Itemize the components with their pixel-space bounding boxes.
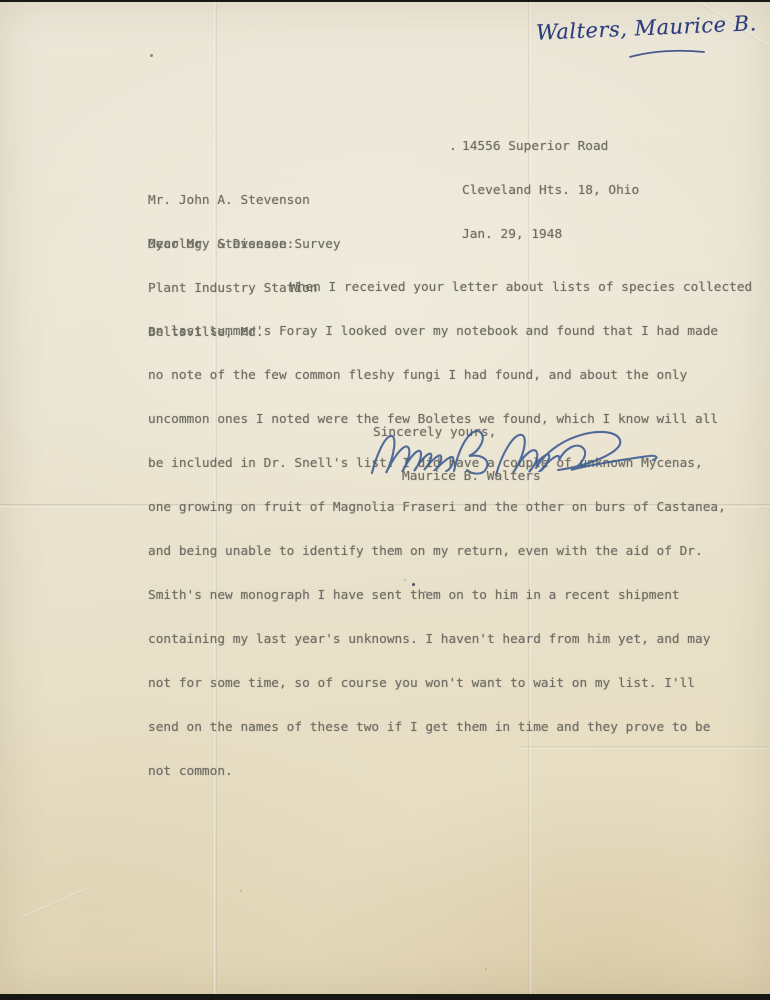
stray-period-mark: .	[449, 140, 457, 155]
body-line: one growing on fruit of Magnolia Fraseri…	[148, 501, 770, 516]
sender-address-block: 14556 Superior Road Cleveland Hts. 18, O…	[462, 111, 639, 272]
letter-body: When I received your letter about lists …	[148, 252, 770, 809]
typed-signature-name: Maurice B. Walters	[402, 470, 541, 485]
body-line: not common.	[148, 765, 770, 780]
body-line: not for some time, so of course you won'…	[148, 677, 770, 692]
letter-date: Jan. 29, 1948	[462, 228, 639, 243]
scan-edge-bottom	[0, 994, 770, 1000]
body-line: When I received your letter about lists …	[148, 281, 770, 296]
annotation-underline-stroke	[628, 47, 706, 59]
sender-address-line: 14556 Superior Road	[462, 140, 639, 155]
salutation: Dear Mr. Stevenson:	[148, 238, 294, 253]
body-line: and being unable to identify them on my …	[148, 545, 770, 560]
bottom-corner-crease	[23, 888, 88, 918]
body-line: containing my last year's unknowns. I ha…	[148, 633, 770, 648]
paper-speck	[150, 54, 153, 57]
body-line: Smith's new monograph I have sent them o…	[148, 589, 770, 604]
body-line: on last summer's Foray I looked over my …	[148, 325, 770, 340]
recipient-line: Mr. John A. Stevenson	[148, 194, 341, 209]
paper-speck	[240, 890, 242, 892]
body-line: no note of the few common fleshy fungi I…	[148, 369, 770, 384]
body-line: send on the names of these two if I get …	[148, 721, 770, 736]
letter-paper: Walters, Maurice B. 14556 Superior Road …	[0, 2, 770, 994]
sender-address-line: Cleveland Hts. 18, Ohio	[462, 184, 639, 199]
scanned-letter-page: Walters, Maurice B. 14556 Superior Road …	[0, 0, 770, 1000]
scan-edge-top	[0, 0, 770, 2]
handwritten-filing-annotation: Walters, Maurice B.	[536, 11, 757, 45]
paper-speck	[485, 968, 487, 970]
